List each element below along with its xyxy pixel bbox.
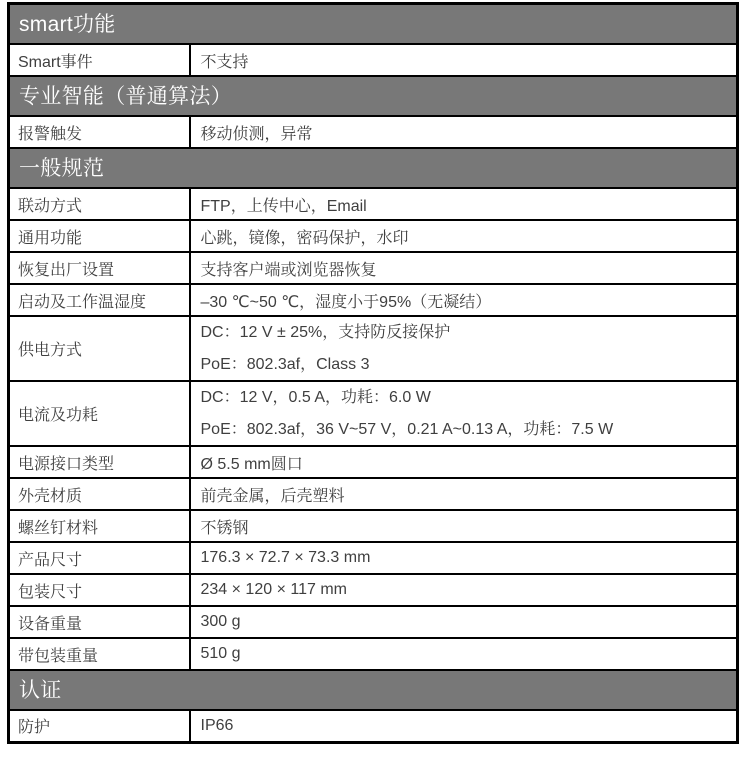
spec-value: 心跳，镜像，密码保护，水印: [190, 220, 738, 252]
spec-label: 电流及功耗: [9, 381, 190, 446]
table-row: Smart事件 不支持: [9, 44, 738, 76]
spec-value: 前壳金属，后壳塑料: [190, 478, 738, 510]
spec-label: Smart事件: [9, 44, 190, 76]
spec-value: 234 × 120 × 117 mm: [190, 574, 738, 606]
spec-label: 设备重量: [9, 606, 190, 638]
section-title: 一般规范: [9, 148, 738, 188]
table-row: 外壳材质 前壳金属，后壳塑料: [9, 478, 738, 510]
table-row: 防护 IP66: [9, 710, 738, 742]
spec-table: smart功能 Smart事件 不支持 专业智能（普通算法） 报警触发 移动侦测…: [7, 2, 739, 744]
table-row: 带包装重量 510 g: [9, 638, 738, 670]
spec-value: IP66: [190, 710, 738, 742]
table-row: 启动及工作温湿度 –30 ℃~50 ℃，湿度小于95%（无凝结）: [9, 284, 738, 316]
spec-value-line: DC：12 V ± 25%，支持防反接保护: [191, 317, 737, 349]
table-row: 联动方式 FTP，上传中心，Email: [9, 188, 738, 220]
spec-value-line: PoE：802.3af，36 V~57 V，0.21 A~0.13 A，功耗：7…: [191, 414, 737, 446]
spec-label: 报警触发: [9, 116, 190, 148]
table-row: 报警触发 移动侦测，异常: [9, 116, 738, 148]
spec-label: 螺丝钉材料: [9, 510, 190, 542]
table-row: 包装尺寸 234 × 120 × 117 mm: [9, 574, 738, 606]
spec-value: DC：12 V，0.5 A，功耗：6.0 W PoE：802.3af，36 V~…: [190, 381, 738, 446]
spec-label: 通用功能: [9, 220, 190, 252]
table-row: 设备重量 300 g: [9, 606, 738, 638]
spec-label: 启动及工作温湿度: [9, 284, 190, 316]
spec-value: DC：12 V ± 25%，支持防反接保护 PoE：802.3af，Class …: [190, 316, 738, 381]
spec-value: Ø 5.5 mm圆口: [190, 446, 738, 478]
section-header-pro-ai: 专业智能（普通算法）: [9, 76, 738, 116]
spec-label: 供电方式: [9, 316, 190, 381]
spec-value: –30 ℃~50 ℃，湿度小于95%（无凝结）: [190, 284, 738, 316]
spec-label: 外壳材质: [9, 478, 190, 510]
spec-value: 510 g: [190, 638, 738, 670]
spec-value: 移动侦测，异常: [190, 116, 738, 148]
section-title: 认证: [9, 670, 738, 710]
table-row: 通用功能 心跳，镜像，密码保护，水印: [9, 220, 738, 252]
spec-label: 产品尺寸: [9, 542, 190, 574]
spec-label: 恢复出厂设置: [9, 252, 190, 284]
spec-label: 防护: [9, 710, 190, 742]
spec-value: 176.3 × 72.7 × 73.3 mm: [190, 542, 738, 574]
table-row: 产品尺寸 176.3 × 72.7 × 73.3 mm: [9, 542, 738, 574]
spec-value-line: DC：12 V，0.5 A，功耗：6.0 W: [191, 382, 737, 414]
spec-value: 不支持: [190, 44, 738, 76]
spec-label: 电源接口类型: [9, 446, 190, 478]
spec-value-line: PoE：802.3af，Class 3: [191, 349, 737, 381]
table-row: 螺丝钉材料 不锈钢: [9, 510, 738, 542]
spec-value: 300 g: [190, 606, 738, 638]
spec-value: FTP，上传中心，Email: [190, 188, 738, 220]
spec-value: 支持客户端或浏览器恢复: [190, 252, 738, 284]
table-row: 电源接口类型 Ø 5.5 mm圆口: [9, 446, 738, 478]
section-header-certification: 认证: [9, 670, 738, 710]
table-row: 恢复出厂设置 支持客户端或浏览器恢复: [9, 252, 738, 284]
page: smart功能 Smart事件 不支持 专业智能（普通算法） 报警触发 移动侦测…: [0, 0, 750, 744]
section-title: 专业智能（普通算法）: [9, 76, 738, 116]
spec-label: 带包装重量: [9, 638, 190, 670]
table-row: 供电方式 DC：12 V ± 25%，支持防反接保护 PoE：802.3af，C…: [9, 316, 738, 381]
section-title: smart功能: [9, 4, 738, 45]
section-header-general: 一般规范: [9, 148, 738, 188]
table-row: 电流及功耗 DC：12 V，0.5 A，功耗：6.0 W PoE：802.3af…: [9, 381, 738, 446]
spec-label: 包装尺寸: [9, 574, 190, 606]
spec-label: 联动方式: [9, 188, 190, 220]
section-header-smart: smart功能: [9, 4, 738, 45]
spec-value: 不锈钢: [190, 510, 738, 542]
